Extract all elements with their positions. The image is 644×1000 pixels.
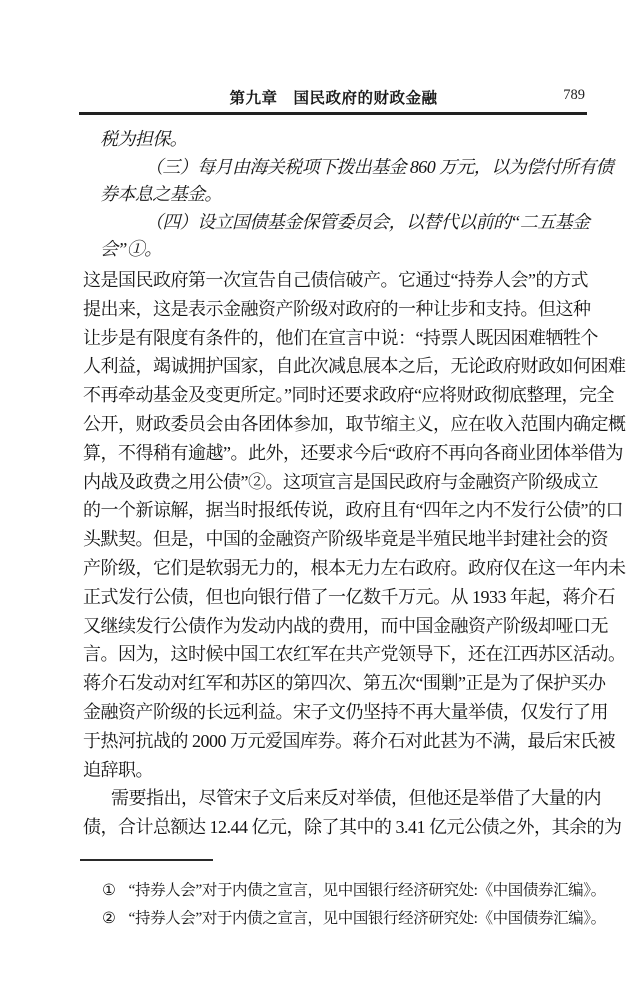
body-line: 迫辞职。 — [83, 756, 593, 785]
quote-line: （三）每月由海关税项下拨出基金 860 万元，以为偿付所有债 — [145, 154, 591, 182]
body-line: 头默契。但是，中国的金融资产阶级毕竟是半殖民地半封建社会的资 — [83, 525, 593, 554]
body-line: 内战及政费之用公债”②。这项宣言是国民政府与金融资产阶级成立 — [83, 468, 593, 497]
body-line: 金融资产阶级的长远利益。宋子文仍坚持不再大量举债，仅发行了用 — [83, 698, 593, 727]
footnotes: ① “持券人会”对于内债之宣言，见中国银行经济研究处:《中国债券汇编》。 ② “… — [83, 877, 591, 932]
quote-block: 税为担保。 （三）每月由海关税项下拨出基金 860 万元，以为偿付所有债 券本息… — [83, 126, 591, 264]
body-line: 债，合计总额达 12.44 亿元，除了其中的 3.41 亿元公债之外，其余的为 — [83, 813, 593, 842]
body-line: 让步是有限度有条件的，他们在宣言中说：“持票人既因困难牺牲个 — [83, 324, 593, 353]
body-line: 算，不得稍有逾越”。此外，还要求今后“政府不再向各商业团体举借为 — [83, 439, 593, 468]
body-line: 人利益，竭诚拥护国家，自此次减息展本之后，无论政府财政如何困难 — [83, 352, 593, 381]
footnote-text: “持券人会”对于内债之宣言，见中国银行经济研究处:《中国债券汇编》。 — [129, 905, 606, 933]
footnote-marker: ① — [102, 877, 116, 905]
footnote-rule — [80, 859, 213, 861]
body-line: 产阶级，它们是软弱无力的，根本无力左右政府。政府仅在这一年内未 — [83, 554, 593, 583]
running-header: 第九章 国民政府的财政金融 789 — [80, 86, 587, 108]
body-line: 这是国民政府第一次宣告自己债信破产。它通过“持券人会”的方式 — [83, 266, 593, 295]
body-text: 这是国民政府第一次宣告自己债信破产。它通过“持券人会”的方式 提出来，这是表示金… — [83, 266, 593, 842]
body-line: 蒋介石发动对红军和苏区的第四次、第五次“围剿”正是为了保护买办 — [83, 669, 593, 698]
quote-line: 会”①。 — [100, 236, 591, 264]
quote-line: 税为担保。 — [100, 126, 591, 154]
footnote-marker: ② — [102, 905, 116, 933]
page-number: 789 — [563, 87, 585, 104]
body-line: 正式发行公债，但也向银行借了一亿数千万元。从 1933 年起，蒋介石 — [83, 583, 593, 612]
body-line: 于热河抗战的 2000 万元爱国库券。蒋介石对此甚为不满，最后宋氏被 — [83, 727, 593, 756]
body-line: 不再牵动基金及变更所定。”同时还要求政府“应将财政彻底整理，完全 — [83, 381, 593, 410]
footnote-item: ① “持券人会”对于内债之宣言，见中国银行经济研究处:《中国债券汇编》。 — [102, 877, 591, 905]
chapter-title: 第九章 国民政府的财政金融 — [80, 86, 587, 108]
header-rule — [79, 112, 587, 115]
footnote-item: ② “持券人会”对于内债之宣言，见中国银行经济研究处:《中国债券汇编》。 — [102, 905, 591, 933]
body-line: 需要指出，尽管宋子文后来反对举债，但他还是举借了大量的内 — [83, 784, 593, 813]
quote-line: （四）设立国债基金保管委员会，以替代以前的“二五基金 — [145, 209, 591, 237]
body-line: 言。因为，这时候中国工农红军在共产党领导下，还在江西苏区活动。 — [83, 640, 593, 669]
body-line: 的一个新谅解，据当时报纸传说，政府且有“四年之内不发行公债”的口 — [83, 496, 593, 525]
book-page: 第九章 国民政府的财政金融 789 税为担保。 （三）每月由海关税项下拨出基金 … — [0, 0, 644, 1000]
quote-line: 券本息之基金。 — [100, 181, 591, 209]
body-line: 提出来，这是表示金融资产阶级对政府的一种让步和支持。但这种 — [83, 295, 593, 324]
body-line: 又继续发行公债作为发动内战的费用，而中国金融资产阶级却哑口无 — [83, 612, 593, 641]
body-line: 公开，财政委员会由各团体参加，取节缩主义，应在收入范围内确定概 — [83, 410, 593, 439]
footnote-text: “持券人会”对于内债之宣言，见中国银行经济研究处:《中国债券汇编》。 — [129, 877, 606, 905]
